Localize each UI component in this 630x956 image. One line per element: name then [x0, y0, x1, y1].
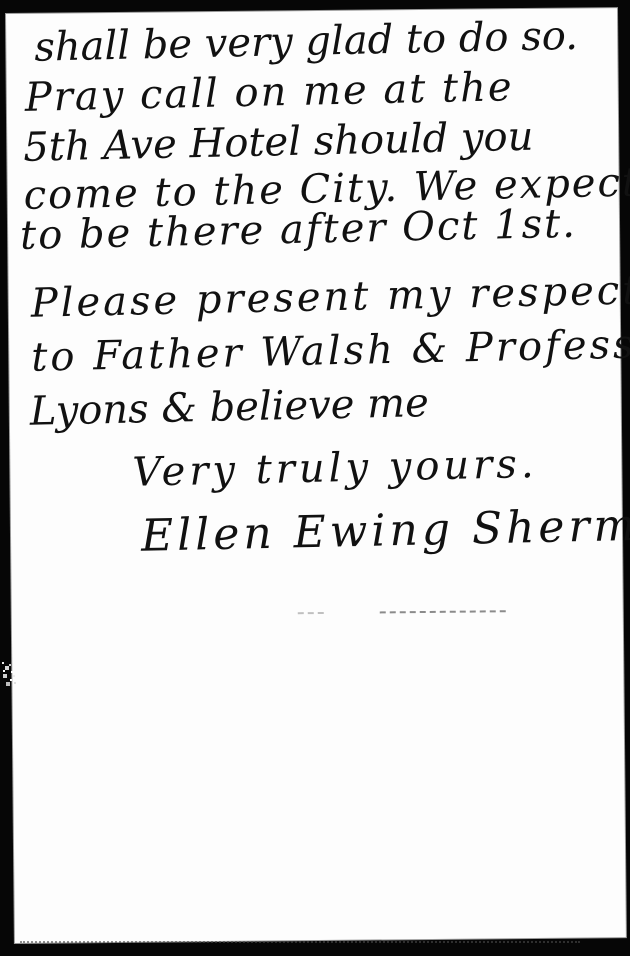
dash-segment	[298, 612, 324, 614]
scan-smudge-artifact	[2, 662, 4, 664]
scan-background: shall be very glad to do so. Pray call o…	[0, 0, 630, 956]
letter-paper: shall be very glad to do so. Pray call o…	[6, 8, 626, 943]
letter-line-3: 5th Ave Hotel should you	[23, 115, 534, 170]
letter-line-1: shall be very glad to do so.	[34, 14, 578, 70]
letter-line-8: Lyons & believe me	[29, 381, 429, 434]
letter-line-5: to be there after Oct 1st.	[20, 202, 578, 258]
letter-line-2: Pray call on me at the	[24, 65, 514, 120]
dash-segment	[380, 610, 506, 613]
scan-edge-noise	[20, 941, 580, 943]
scan-dashed-line-artifact	[298, 609, 506, 614]
closing-line: Very truly yours.	[132, 442, 538, 495]
letter-line-7: to Father Walsh & Professor	[31, 321, 630, 379]
signature-line: Ellen Ewing Sherman	[140, 500, 630, 561]
letter-line-6: Please present my respects	[30, 268, 630, 326]
